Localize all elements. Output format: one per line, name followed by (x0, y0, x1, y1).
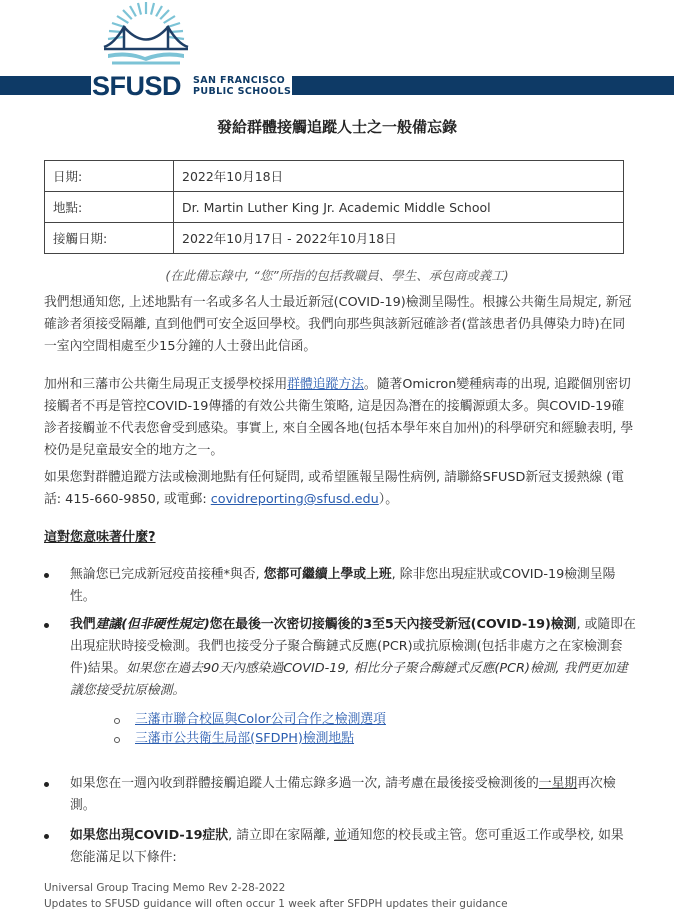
sfusd-wordmark: SFUSD (92, 72, 181, 100)
footer: Universal Group Tracing Memo Rev 2-28-20… (44, 880, 508, 912)
org-name: SAN FRANCISCO PUBLIC SCHOOLS (193, 75, 291, 97)
footer-revision: Universal Group Tracing Memo Rev 2-28-20… (44, 880, 508, 896)
footer-note: Updates to SFUSD guidance will often occ… (44, 896, 508, 912)
bullet-bold-text: 如果您出現COVID-19症狀 (70, 828, 228, 843)
bullet-dot-icon (44, 834, 49, 839)
paragraph-text: 加州和三藩市公共衛生局現正支援學校採用 (44, 377, 287, 392)
header-bar-left (0, 76, 91, 95)
sub-list-item: 三藩市聯合校區與Color公司合作之檢測選項 (135, 711, 386, 729)
section-heading: 這對您意味著什麼? (44, 526, 156, 545)
table-row: 地點: Dr. Martin Luther King Jr. Academic … (45, 192, 624, 223)
exposure-date-label: 接觸日期: (45, 223, 174, 254)
bullet-bold-italic-text: 建議(但非硬性規定) (96, 617, 210, 632)
bullet-item: 如果您在一週內收到群體接觸追蹤人士備忘錄多過一次, 請考慮在最後接受檢測後的一星… (70, 773, 636, 817)
memo-title: 發給群體接觸追蹤人士之一般備忘錄 (0, 116, 674, 137)
paragraph-text: ）。 (379, 492, 398, 507)
bullet-item: 無論您已完成新冠疫苗接種*與否, 您都可繼續上學或上班, 除非您出現症狀或COV… (70, 564, 636, 608)
bullet-italic-text: 如果您在過去90天內感染過COVID-19, 相比分子聚合酶鏈式反應(PCR)檢… (70, 661, 628, 698)
bullet-dot-icon (44, 782, 49, 787)
bullet-dot-icon (44, 623, 49, 628)
bullet-underlined-text: 一星期 (539, 776, 577, 791)
contact-paragraph: 如果您對群體追蹤方法或檢測地點有任何疑問, 或希望匯報呈陽性病例, 請聯絡SFU… (44, 467, 634, 511)
bullet-bold-text: 我們 (70, 617, 96, 632)
org-name-line2: PUBLIC SCHOOLS (193, 86, 291, 97)
header-bar-right (292, 76, 674, 95)
intro-paragraph: 我們想通知您, 上述地點有一名或多名人士最近新冠(COVID-19)檢測呈陽性。… (44, 292, 634, 358)
circle-bullet-icon (114, 737, 120, 743)
bullet-item: 我們建議(但非硬性規定)您在最後一次密切接觸後的3至5天內接受新冠(COVID-… (70, 614, 636, 702)
exposure-date-value: 2022年10月17日 - 2022年10月18日 (174, 223, 624, 254)
bullet-bold-text: 您在最後一次密切接觸後的3至5天內接受新冠(COVID-19)檢測 (210, 617, 577, 632)
sub-list-item: 三藩市公共衛生局部(SFDPH)檢測地點 (135, 730, 354, 748)
memo-note: (在此備忘錄中, “您”所指的包括教職員、學生、承包商或義工) (0, 266, 674, 284)
group-tracing-paragraph: 加州和三藩市公共衛生局現正支援學校採用群體追蹤方法。隨著Omicron變種病毒的… (44, 374, 634, 462)
group-tracing-link[interactable]: 群體追蹤方法 (287, 377, 364, 392)
bullet-item: 如果您出現COVID-19症狀, 請立即在家隔離, 並通知您的校長或主管。您可重… (70, 825, 636, 869)
date-label: 日期: (45, 161, 174, 192)
color-testing-link[interactable]: 三藩市聯合校區與Color公司合作之檢測選項 (135, 712, 386, 727)
bullet-text: 無論您已完成新冠疫苗接種*與否, (70, 567, 264, 582)
bullet-dot-icon (44, 573, 49, 578)
circle-bullet-icon (114, 718, 120, 724)
location-value: Dr. Martin Luther King Jr. Academic Midd… (174, 192, 624, 223)
bullet-text: 如果您在一週內收到群體接觸追蹤人士備忘錄多過一次, 請考慮在最後接受檢測後的 (70, 776, 539, 791)
info-table: 日期: 2022年10月18日 地點: Dr. Martin Luther Ki… (44, 160, 624, 254)
table-row: 接觸日期: 2022年10月17日 - 2022年10月18日 (45, 223, 624, 254)
date-value: 2022年10月18日 (174, 161, 624, 192)
table-row: 日期: 2022年10月18日 (45, 161, 624, 192)
org-name-line1: SAN FRANCISCO (193, 75, 291, 86)
email-link[interactable]: covidreporting@sfusd.edu (211, 492, 379, 507)
bullet-bold-text: 您都可繼續上學或上班 (264, 567, 392, 582)
location-label: 地點: (45, 192, 174, 223)
bullet-underlined-text: 並 (334, 828, 347, 843)
sfusd-logo-icon (98, 0, 194, 70)
sfdph-testing-link[interactable]: 三藩市公共衛生局部(SFDPH)檢測地點 (135, 731, 354, 746)
bullet-text: , 請立即在家隔離, (228, 828, 334, 843)
